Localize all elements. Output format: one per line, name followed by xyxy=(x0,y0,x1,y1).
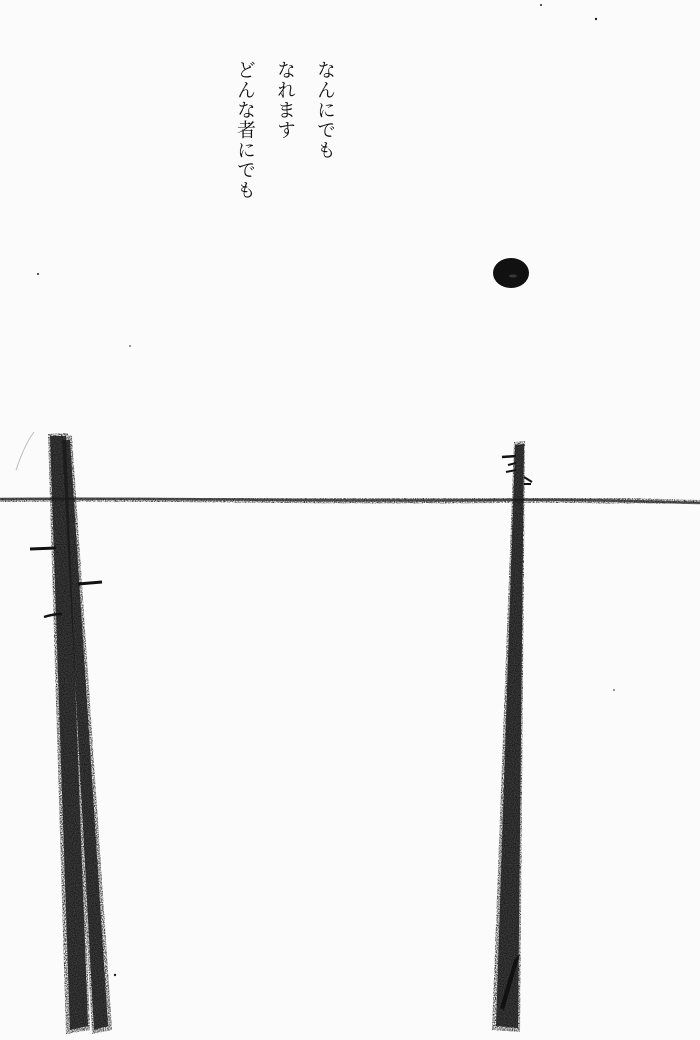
poem-line-2: なれます xyxy=(265,60,305,200)
picture-book-page: なんにでも なれます どんな者にでも xyxy=(0,0,700,1040)
left-fence-post xyxy=(30,433,112,1034)
right-fence-post xyxy=(492,441,532,1032)
poem-line-1: なんにでも xyxy=(305,60,345,200)
crayon-illustration xyxy=(0,0,700,1040)
poem-line-3: どんな者にでも xyxy=(225,60,265,200)
poem-text: なんにでも なれます どんな者にでも xyxy=(225,60,345,200)
faint-stroke xyxy=(16,432,34,470)
sun-dot xyxy=(493,258,529,288)
